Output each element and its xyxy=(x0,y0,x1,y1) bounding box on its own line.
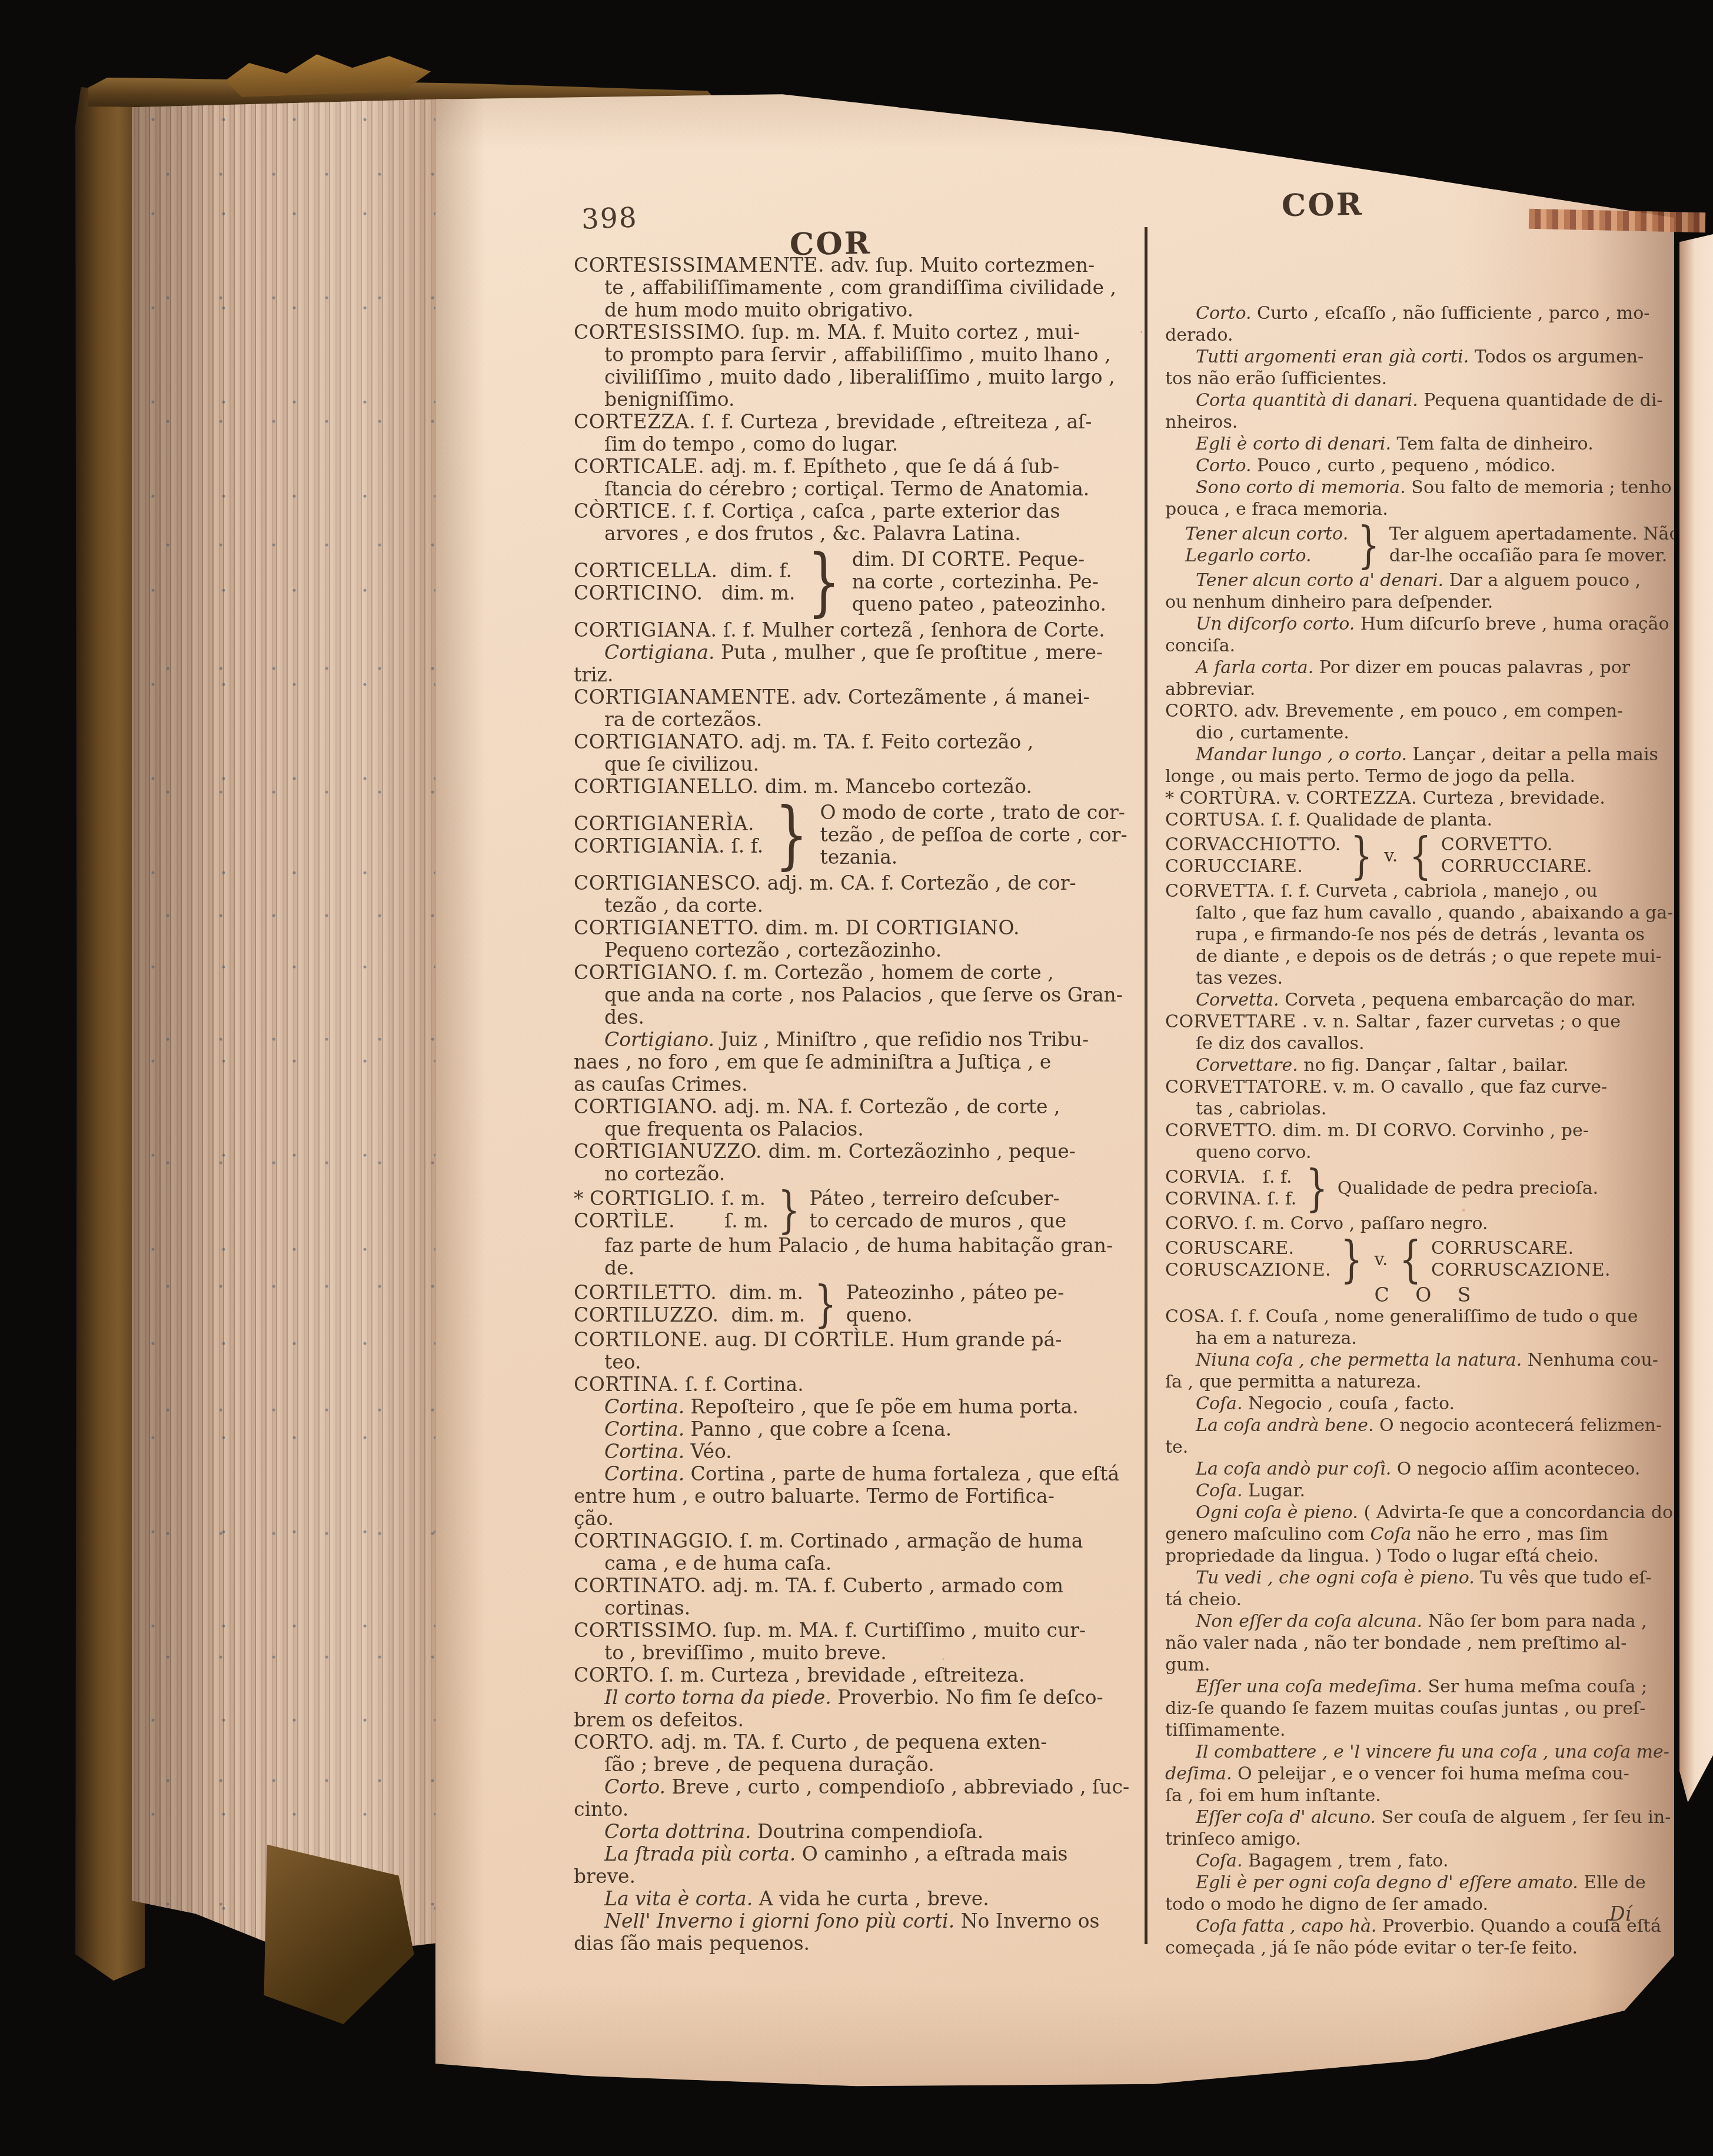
dictionary-entry: CORTESISSIMAMENTE. adv. ſup. Muito corte… xyxy=(574,254,1140,321)
sub-entry: Cortigiano. Juiz , Miniſtro , que reſidi… xyxy=(574,1029,1140,1096)
sub-entry: Corto. Pouco , curto , pequeno , módico. xyxy=(1165,455,1667,477)
dictionary-entry: CORTINA. ſ. f. Cortina. xyxy=(574,1373,1140,1396)
sub-entry: Egli è per ogni coſa degno d' eſſere ama… xyxy=(1165,1872,1667,1915)
sub-entry: Ogni coſa è pieno. ( Advirta-ſe que a co… xyxy=(1165,1502,1667,1567)
dictionary-entry: CORTO. adv. Brevemente , em pouco , em c… xyxy=(1165,700,1667,744)
sub-entry: Egli è corto di denari. Tem falta de din… xyxy=(1165,433,1667,455)
dictionary-entry: CORTEZZA. ſ. f. Curteza , brevidade , eſ… xyxy=(574,411,1140,455)
sub-entry: Nell' Inverno i giorni ſono più corti. N… xyxy=(574,1910,1140,1955)
dictionary-entry: CORTIGIANESCO. adj. m. CA. f. Cortezão ,… xyxy=(574,872,1140,917)
sub-entry: La vita è corta. A vida he curta , breve… xyxy=(574,1888,1140,1910)
dictionary-entry: CORTIGIANETTO. dim. m. DI CORTIGIANO. Pe… xyxy=(574,917,1140,961)
sub-entry: Tutti argomenti eran già corti. Todos os… xyxy=(1165,346,1667,390)
sub-entry: Mandar lungo , o corto. Lançar , deitar … xyxy=(1165,744,1667,787)
scan-background: 398 COR COR CORTESISSIMAMENTE. adv. ſup.… xyxy=(0,0,1713,2156)
sub-entry: La coſa andò pur coſì. O negocio aſſim a… xyxy=(1165,1458,1667,1480)
brace-group-tail: faz parte de hum Palacio , de huma habit… xyxy=(574,1235,1140,1279)
running-head-right: COR xyxy=(1281,187,1363,224)
brace-group: CORTICELLA. dim. f.CORTICINO. dim. m.}di… xyxy=(574,545,1140,619)
brace-group: CORUSCARE.CORUSCAZIONE.}v.{CORRUSCARE.CO… xyxy=(1165,1235,1667,1284)
sub-entry: Coſa fatta , capo hà. Proverbio. Quando … xyxy=(1165,1915,1667,1959)
page-number: 398 xyxy=(581,201,638,235)
right-column: Corto. Curto , eſcaſſo , não ſufficiente… xyxy=(1165,302,1667,1959)
sub-entry: Tu vedi , che ogni coſa è pieno. Tu vês … xyxy=(1165,1567,1667,1611)
sub-entry: Cortigiana. Puta , mulher , que ſe proſt… xyxy=(574,641,1140,686)
dictionary-entry: CORVETTO. dim. m. DI CORVO. Corvinho , p… xyxy=(1165,1120,1667,1163)
dictionary-entry: CORTILONE. aug. DI CORTÌLE. Hum grande p… xyxy=(574,1329,1140,1373)
dictionary-entry: CORTIGIANAMENTE. adv. Cortezãmente , á m… xyxy=(574,686,1140,731)
sub-entry: Eſſer una coſa medeſima. Ser huma meſma … xyxy=(1165,1676,1667,1741)
sub-entry: Niuna coſa , che permetta la natura. Nen… xyxy=(1165,1349,1667,1393)
sub-entry: Non eſſer da coſa alcuna. Não ſer bom pa… xyxy=(1165,1611,1667,1676)
torn-leather-corner xyxy=(224,48,431,98)
dictionary-entry: CORVETTARE . v. n. Saltar , fazer curvet… xyxy=(1165,1011,1667,1054)
brace-group: CORTILETTO. dim. m.CORTILUZZO. dim. m.}P… xyxy=(574,1279,1140,1329)
sub-entry: Eſſer coſa d' alcuno. Ser couſa de algue… xyxy=(1165,1806,1667,1850)
sub-entry: Cortina. Cortina , parte de huma fortale… xyxy=(574,1463,1140,1530)
dictionary-entry: * CORTÙRA. v. CORTEZZA. Curteza , brevid… xyxy=(1165,787,1667,809)
sub-entry: Coſa. Negocio , couſa , facto. xyxy=(1165,1393,1667,1415)
column-divider xyxy=(1145,227,1147,1944)
book-page: 398 COR COR CORTESISSIMAMENTE. adv. ſup.… xyxy=(435,87,1674,2129)
dictionary-entry: CORTIGIANO. ſ. m. Cortezão , homem de co… xyxy=(574,961,1140,1029)
sub-entry: Cortina. Véo. xyxy=(574,1440,1140,1463)
sub-entry: Corvetta. Corveta , pequena embarcação d… xyxy=(1165,989,1667,1011)
dictionary-entry: CORTIGIANELLO. dim. m. Mancebo cortezão. xyxy=(574,776,1140,798)
dictionary-entry: CORTIGIANATO. adj. m. TA. f. Feito corte… xyxy=(574,731,1140,776)
dictionary-entry: CORTIGIANA. ſ. f. Mulher cortezã , ſenho… xyxy=(574,619,1140,641)
sub-entry: Coſa. Lugar. xyxy=(1165,1480,1667,1502)
brace-group: CORTIGIANERÌA.CORTIGIANÌA. ſ. f.}O modo … xyxy=(574,798,1140,872)
dictionary-entry: CORVETTA. ſ. f. Curveta , cabriola , man… xyxy=(1165,880,1667,989)
dictionary-entry: CORTESISSIMO. ſup. m. MA. f. Muito corte… xyxy=(574,321,1140,411)
sub-entry: Corvettare. no fig. Dançar , ſaltar , ba… xyxy=(1165,1054,1667,1076)
dictionary-entry: CORTIGIANUZZO. dim. m. Cortezãozinho , p… xyxy=(574,1140,1140,1185)
sub-entry: La ſtrada più corta. O caminho , a eſtra… xyxy=(574,1843,1140,1888)
dictionary-entry: CORVETTATORE. v. m. O cavallo , que faz … xyxy=(1165,1076,1667,1120)
dictionary-entry: CORTINAGGIO. ſ. m. Cortinado , armação d… xyxy=(574,1530,1140,1575)
headband-stitching xyxy=(1529,209,1706,232)
left-column: CORTESISSIMAMENTE. adv. ſup. Muito corte… xyxy=(574,254,1140,1955)
sub-entry: Corto. Breve , curto , compendioſo , abb… xyxy=(574,1776,1140,1821)
dictionary-entry: CÒRTICE. ſ. f. Cortiça , caſca , parte e… xyxy=(574,500,1140,545)
sub-entry: La coſa andrà bene. O negocio acontecerá… xyxy=(1165,1415,1667,1458)
sub-entry: Cortina. Panno , que cobre a ſcena. xyxy=(574,1418,1140,1440)
catchword: Dí xyxy=(1609,1902,1631,1925)
sub-entry: Sono corto di memoria. Sou falto de memo… xyxy=(1165,477,1667,520)
sub-entry: Corta dottrina. Doutrina compendioſa. xyxy=(574,1821,1140,1843)
sub-entry: Il combattere , e 'l vincere fu una coſa… xyxy=(1165,1741,1667,1806)
dictionary-entry: CORTO. adj. m. TA. f. Curto , de pequena… xyxy=(574,1731,1140,1776)
sub-entry: Corta quantità di danari. Pequena quanti… xyxy=(1165,390,1667,433)
brace-group: CORVIA. ſ. f.CORVINA. ſ. f.}Qualidade de… xyxy=(1165,1163,1667,1213)
brace-group: * CORTIGLIO. ſ. m.CORTÌLE. ſ. m.}Páteo ,… xyxy=(574,1185,1140,1279)
dictionary-entry: CORTIGIANO. adj. m. NA. f. Cortezão , de… xyxy=(574,1096,1140,1140)
brace-group: Tener alcun corto.Legarlo corto.}Ter alg… xyxy=(1165,520,1667,570)
page-stack-fore-edge xyxy=(132,99,450,1958)
sub-entry: Corto. Curto , eſcaſſo , não ſufficiente… xyxy=(1165,302,1667,346)
sub-entry: Coſa. Bagagem , trem , fato. xyxy=(1165,1850,1667,1872)
dictionary-entry: COSA. ſ. f. Couſa , nome generaliſſimo d… xyxy=(1165,1306,1667,1349)
dictionary-entry: CORTO. ſ. m. Curteza , brevidade , eſtre… xyxy=(574,1664,1140,1686)
sub-entry: Un diſcorſo corto. Hum diſcurſo breve , … xyxy=(1165,613,1667,657)
sub-entry: Tener alcun corto a' denari. Dar a algue… xyxy=(1165,570,1667,613)
brace-group: CORVACCHIOTTO.CORUCCIARE.}v.{CORVETTO.CO… xyxy=(1165,831,1667,880)
dictionary-entry: CORTISSIMO. ſup. m. MA. f. Curtiſſimo , … xyxy=(574,1619,1140,1664)
dictionary-entry: CORTICALE. adj. m. f. Epítheto , que ſe … xyxy=(574,455,1140,500)
sub-entry: Il corto torna da piede. Proverbio. No f… xyxy=(574,1686,1140,1731)
sub-entry: Cortina. Repoſteiro , que ſe põe em huma… xyxy=(574,1396,1140,1418)
dictionary-entry: CORTINATO. adj. m. TA. f. Cuberto , arma… xyxy=(574,1575,1140,1619)
sub-entry: A farla corta. Por dizer em poucas palav… xyxy=(1165,657,1667,700)
next-page-sliver xyxy=(1679,234,1713,1802)
